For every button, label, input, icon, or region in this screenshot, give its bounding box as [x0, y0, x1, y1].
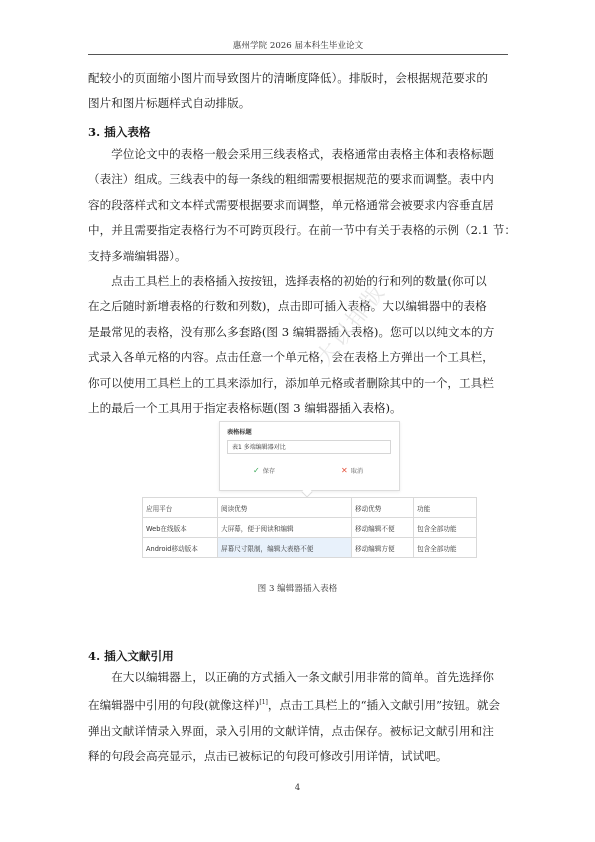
intro-paragraph: 配较小的页面缩小图片而导致图片的清晰度降低）。排版时，会根据规范要求的 图片和图… [88, 66, 508, 117]
text-line: （表注）组成。三线表中的每一条线的粗细需要根据规范的要求而调整。表中内 [88, 167, 508, 192]
table-caption-popup: 表格标题 表1 多端编辑器对比 ✓ 保存 ✕ 取消 [219, 421, 400, 491]
table-cell[interactable]: 移动优势 [352, 498, 414, 518]
cancel-button[interactable]: ✕ 取消 [341, 466, 363, 475]
table-cell[interactable]: 应用平台 [143, 498, 218, 518]
section-3-heading: 3. 插入表格 [88, 124, 151, 140]
table-cell[interactable]: 移动编辑方便 [352, 538, 414, 558]
text-line: 图片和图片标题样式自动排版。 [88, 91, 508, 116]
text-line: 在之后随时新增表格的行数和列数)，点击即可插入表格。大以编辑器中的表格 [88, 294, 508, 319]
table-header-row: 应用平台 阅读优势 移动优势 功能 [143, 498, 477, 518]
text-line: 点击工具栏上的表格插入按按钮，选择表格的初始的行和列的数量(你可以 [88, 269, 508, 294]
cancel-button-label: 取消 [351, 466, 363, 475]
text-line: 你可以使用工具栏上的工具来添加行，添加单元格或者删除其中的一个，工具栏 [88, 371, 508, 396]
text-line: 式录入各单元格的内容。点击任意一个单元格，会在表格上方弹出一个工具栏， [88, 345, 508, 370]
table-row: Android移动版本 屏幕尺寸限制，编辑大表格不便 移动编辑方便 包含全部功能 [143, 538, 477, 558]
check-icon: ✓ [253, 466, 260, 475]
table-cell[interactable]: Android移动版本 [143, 538, 218, 558]
table-cell[interactable]: 包含全部功能 [414, 518, 477, 538]
text-line: 支持多端编辑器）。 [88, 244, 508, 269]
editor-table: 应用平台 阅读优势 移动优势 功能 Web在线版本 大屏幕，便于阅读和编辑 移动… [142, 497, 477, 558]
table-cell[interactable]: 阅读优势 [218, 498, 352, 518]
table-cell[interactable]: Web在线版本 [143, 518, 218, 538]
save-button-label: 保存 [263, 466, 275, 475]
table-cell[interactable]: 包含全部功能 [414, 538, 477, 558]
text-line: 释的句段会高亮显示，点击已被标记的句段可修改引用详情，试试吧。 [88, 744, 508, 769]
table-cell[interactable]: 移动编辑不便 [352, 518, 414, 538]
table-row: Web在线版本 大屏幕，便于阅读和编辑 移动编辑不便 包含全部功能 [143, 518, 477, 538]
page-number: 4 [0, 783, 595, 793]
text-line: 学位论文中的表格一般会采用三线表格式，表格通常由表格主体和表格标题 [88, 142, 508, 167]
text-line: 在大以编辑器上，以正确的方式插入一条文献引用非常的简单。首先选择你 [88, 665, 508, 690]
text-line: 中，并且需要指定表格行为不可跨页段行。在前一节中有关于表格的示例（2.1 节： [88, 218, 508, 243]
citation-marker[interactable]: [1] [259, 699, 268, 706]
text-line: 弹出文献详情录入界面，录入引用的文献详情，点击保存。被标记文献引用和注 [88, 719, 508, 744]
text-segment: 在编辑器中引用的句段(就像这样) [88, 698, 259, 712]
text-line: 容的段落样式和文本样式需要根据要求而调整，单元格通常会被要求内容垂直居 [88, 193, 508, 218]
table-cell[interactable]: 功能 [414, 498, 477, 518]
text-segment: ，点击工具栏上的“插入文献引用”按钮。就会 [268, 698, 500, 712]
text-line: 在编辑器中引用的句段(就像这样)[1]，点击工具栏上的“插入文献引用”按钮。就会 [88, 690, 508, 718]
popup-label: 表格标题 [227, 427, 252, 436]
table-cell[interactable]: 大屏幕，便于阅读和编辑 [218, 518, 352, 538]
text-line: 上的最后一个工具用于指定表格标题(图 3 编辑器插入表格)。 [88, 396, 508, 421]
section-4-heading: 4. 插入文献引用 [88, 648, 174, 664]
table-caption-input[interactable]: 表1 多端编辑器对比 [227, 440, 391, 454]
text-line: 配较小的页面缩小图片而导致图片的清晰度降低）。排版时，会根据规范要求的 [88, 66, 508, 91]
close-icon: ✕ [341, 466, 348, 475]
text-line: 是最常见的表格，没有那么多套路(图 3 编辑器插入表格)。您可以以纯文本的方 [88, 320, 508, 345]
section-3-paragraph-2: 点击工具栏上的表格插入按按钮，选择表格的初始的行和列的数量(你可以 在之后随时新… [88, 269, 508, 421]
save-button[interactable]: ✓ 保存 [253, 466, 275, 475]
figure-caption: 图 3 编辑器插入表格 [0, 582, 595, 594]
section-3-paragraph-1: 学位论文中的表格一般会采用三线表格式，表格通常由表格主体和表格标题 （表注）组成… [88, 142, 508, 269]
page-header: 惠州学院 2026 届本科生毕业论文 [88, 40, 508, 55]
section-4-paragraph: 在大以编辑器上，以正确的方式插入一条文献引用非常的简单。首先选择你 在编辑器中引… [88, 665, 508, 769]
table-cell-selected[interactable]: 屏幕尺寸限制，编辑大表格不便 [218, 538, 352, 558]
